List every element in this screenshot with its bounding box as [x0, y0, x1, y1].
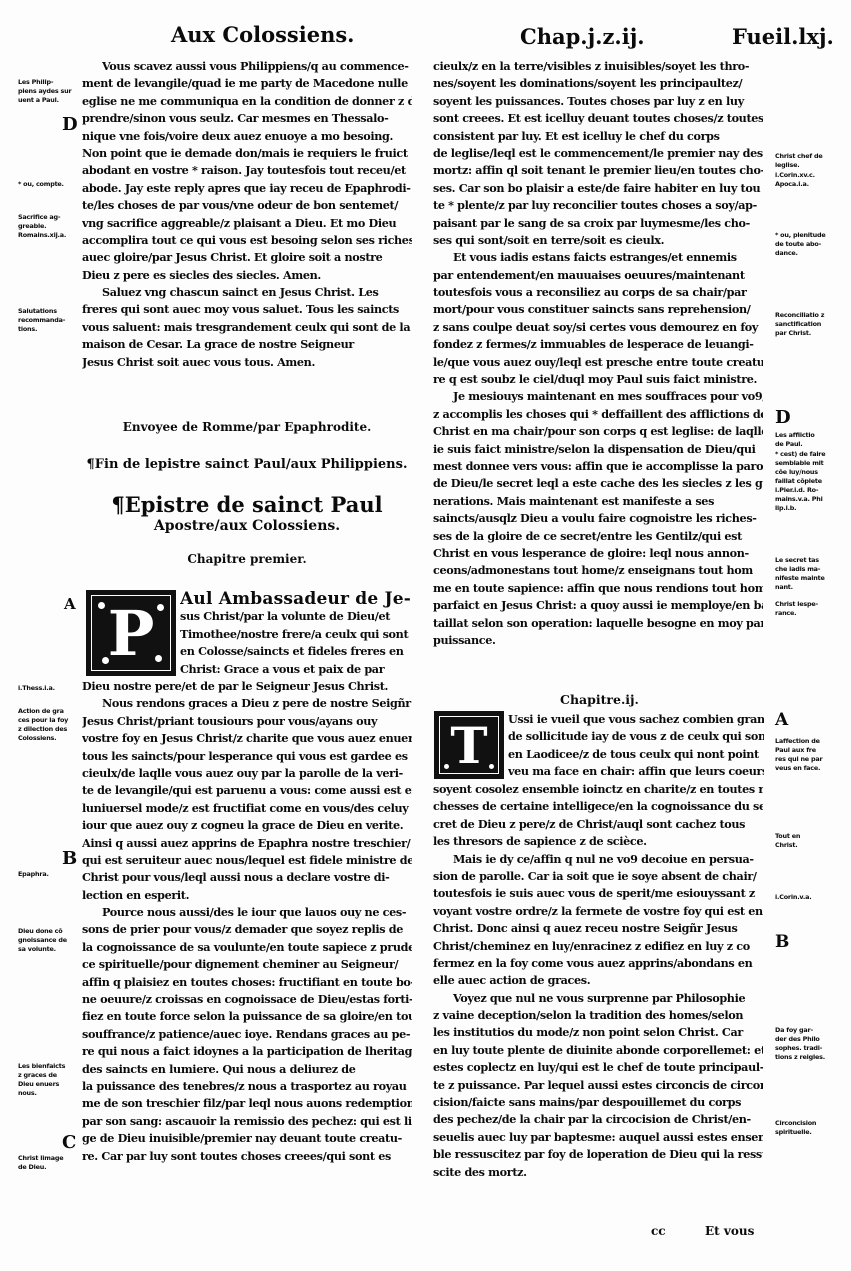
text-line: soyent les puissances. Toutes choses par… [433, 93, 763, 110]
epistle-subtitle: Apostre/aux Colossiens. [82, 518, 412, 534]
margin-note: i.Thess.i.a. [18, 684, 55, 693]
text-line: Et vous iadis estans faicts estranges/et… [433, 249, 763, 266]
margin-note: Sacrifice ag-greable.Romains.xij.a. [18, 213, 66, 240]
text-line: vous saluent: mais tresgrandement ceulx … [82, 319, 412, 336]
margin-note: * cest) de fairesemblable mitcōe luy/nou… [775, 450, 825, 513]
text-line: z accomplis les choses qui * deffaillent… [433, 406, 763, 423]
book-page: Aux Colossiens. Chap.j.z.ij. Fueil.lxj. … [0, 0, 851, 1271]
text-line: les institutios du mode/z non point selo… [433, 1024, 763, 1041]
text-line: Voyez que nul ne vous surprenne par Phil… [433, 990, 763, 1007]
text-line: souffrance/z patience/auec ioye. Rendans… [82, 1026, 412, 1043]
section-letter-c: C [62, 1135, 76, 1151]
text-line: te z puissance. Par lequel aussi estes c… [433, 1077, 763, 1094]
text-line: auec gloire/par Jesus Christ. Et gloire … [82, 249, 412, 266]
margin-note: * ou, compte. [18, 180, 64, 189]
text-line: re. Car par luy sont toutes choses creee… [82, 1148, 412, 1165]
text-line: vostre foy en Jesus Christ/z charite que… [82, 730, 412, 747]
text-line: Nous rendons graces a Dieu z pere de nos… [82, 695, 412, 712]
epistle-title: ¶Epistre de sainct Paul [82, 492, 412, 517]
text-line: saincts/ausqlz Dieu a voulu faire cognoi… [433, 510, 763, 527]
dropcap-letter: T [450, 716, 487, 775]
text-line: de Dieu/le secret leql a este cache des … [433, 475, 763, 492]
margin-note: i.Corin.v.a. [775, 893, 811, 902]
text-line: nique vne fois/voire deux auez enuoye a … [82, 128, 412, 145]
margin-note: Epaphra. [18, 870, 49, 879]
text-line: mest donnee vers vous: affin que ie acco… [433, 458, 763, 475]
chapter-heading: Chapitre premier. [82, 552, 412, 566]
text-line: Pource nous aussi/des le iour que lauos … [82, 904, 412, 921]
text-line: tous les saincts/pour lesperance qui vou… [82, 748, 412, 765]
text-line: fondez z fermes/z immuables de lesperace… [433, 336, 763, 353]
running-head-chapter: Chap.j.z.ij. [520, 24, 645, 49]
text-line: scite des mortz. [433, 1164, 763, 1181]
dropcap-letter: P [108, 597, 155, 670]
text-line: consistent par luy. Et est icelluy le ch… [433, 128, 763, 145]
text-line: Aul Ambassadeur de Je- [180, 591, 412, 608]
text-line: parfaict en Jesus Christ: a quoy aussi i… [433, 597, 763, 614]
text-line: cieulx/de laqlle vous auez ouy par la pa… [82, 765, 412, 782]
text-line: Dieu nostre pere/et de par le Seigneur J… [82, 678, 412, 695]
text-line: toutesfois vous a reconsiliez au corps d… [433, 284, 763, 301]
section-letter-a: A [64, 596, 76, 612]
chapter-two-heading: Chapitre.ij. [560, 692, 639, 707]
margin-note: Christ limagede Dieu. [18, 1154, 63, 1172]
margin-note: Reconciliatio zsanctificationpar Christ. [775, 311, 824, 338]
text-line: les thresors de sapience z de scièce. [433, 833, 763, 850]
text-line: maison de Cesar. La grace de nostre Seig… [82, 336, 412, 353]
text-line: de leglise/leql est le commencement/le p… [433, 145, 763, 162]
text-line: le/que vous auez ouy/leql est presche en… [433, 354, 763, 371]
text-line: paisant par le sang de sa croix par luym… [433, 215, 763, 232]
margin-note: i.Corin.xv.c.Apoca.i.a. [775, 171, 815, 189]
text-line: cision/faicte sans mains/par despouillem… [433, 1094, 763, 1111]
text-line: Timothee/nostre frere/a ceulx qui sont [180, 626, 412, 643]
text-line: Vous scavez aussi vous Philippiens/q au … [82, 58, 412, 75]
text-line: Christ en ma chair/pour son corps q est … [433, 423, 763, 440]
text-line: iour que auez ouy z cogneu la grace de D… [82, 817, 412, 834]
text-line: seuelis auec luy par baptesme: auquel au… [433, 1129, 763, 1146]
text-line: nes/soyent les dominations/soyent les pr… [433, 75, 763, 92]
text-line: sion de parolle. Car ia soit que ie soye… [433, 868, 763, 885]
text-line: Christ pour vous/leql aussi nous a decla… [82, 869, 412, 886]
text-line: te * plente/z par luy reconcilier toutes… [433, 197, 763, 214]
text-line: ment de levangile/quad ie me party de Ma… [82, 75, 412, 92]
text-line: elle auec action de graces. [433, 972, 763, 989]
text-line: soyent cosolez ensemble ioinctz en chari… [433, 781, 763, 798]
text-line: Dieu z pere es siecles des siecles. Amen… [82, 267, 412, 284]
text-line: Jesus Christ/priant tousiours pour vous/… [82, 713, 412, 730]
text-line: ses. Car son bo plaisir a este/de faire … [433, 180, 763, 197]
text-line: Ussi ie vueil que vous sachez combien gr… [508, 711, 764, 728]
text-line: la cognoissance de sa voulunte/en toute … [82, 939, 412, 956]
left-text-column: Vous scavez aussi vous Philippiens/q au … [82, 58, 412, 371]
text-line: te/les choses de par vous/vne odeur de b… [82, 197, 412, 214]
text-line: Mais ie dy ce/affin q nul ne vo9 decoiue… [433, 851, 763, 868]
text-line: en luy toute plente de diuinite abonde c… [433, 1042, 763, 1059]
text-line: toutesfois ie suis auec vous de sperit/m… [433, 885, 763, 902]
text-line: freres qui sont auec moy vous saluet. To… [82, 301, 412, 318]
text-line: en Laodicee/z de tous ceulx qui nont poi… [508, 746, 764, 763]
text-line: cieulx/z en la terre/visibles z inuisibl… [433, 58, 763, 75]
dropcap-text-block: Aul Ambassadeur de Je- sus Christ/par la… [180, 591, 412, 678]
text-line: des pechez/de la chair par la circocisio… [433, 1111, 763, 1128]
text-line: me de son treschier filz/par leql nous a… [82, 1095, 412, 1112]
text-line: z vaine deception/selon la tradition des… [433, 1007, 763, 1024]
text-line: ble ressuscitez par foy de loperation de… [433, 1146, 763, 1163]
section-letter-b: B [62, 851, 77, 867]
text-line: estes coplectz en luy/qui est le chef de… [433, 1059, 763, 1076]
text-line: ses de la gloire de ce secret/entre les … [433, 528, 763, 545]
text-line: Ainsi q aussi auez apprins de Epaphra no… [82, 835, 412, 852]
epistle-end-line: ¶Fin de lepistre sainct Paul/aux Philipp… [82, 457, 412, 472]
text-line: fiez en toute force selon la puissance d… [82, 1008, 412, 1025]
right-text-column-lower: soyent cosolez ensemble ioinctz en chari… [433, 781, 763, 1181]
text-line: z sans coulpe deuat soy/si certes vous d… [433, 319, 763, 336]
text-line: re q est soubz le ciel/duql moy Paul sui… [433, 371, 763, 388]
text-line: ge de Dieu inuisible/premier nay deuant … [82, 1130, 412, 1147]
text-line: puissance. [433, 632, 763, 649]
text-line: ses qui sont/soit en terre/soit es cieul… [433, 232, 763, 249]
folio-number: Fueil.lxj. [732, 24, 834, 49]
text-line: Christ/cheminez en luy/enracinez z edifi… [433, 938, 763, 955]
margin-note: Da foy gar-der des Philosophes. tradi-ti… [775, 1026, 825, 1062]
text-line: me en toute sapience: affin que nous ren… [433, 580, 763, 597]
text-line: lection en esperit. [82, 887, 412, 904]
illuminated-initial-t: T [434, 711, 504, 779]
catchword: Et vous [705, 1224, 754, 1238]
text-line: Je mesiouys maintenant en mes souffraces… [433, 388, 763, 405]
text-line: Saluez vng chascun sainct en Jesus Chris… [82, 284, 412, 301]
text-line: mort/pour vous constituer saincts sans r… [433, 301, 763, 318]
illuminated-initial-p: P [86, 590, 176, 676]
text-line: par entendement/en mauuaises oeuures/mai… [433, 267, 763, 284]
margin-note: Action de graces pour la foyz dilection … [18, 707, 68, 743]
text-line: affin q plaisiez en toutes choses: fruct… [82, 974, 412, 991]
text-line: sus Christ/par la volunte de Dieu/et [180, 608, 412, 625]
dropcap-text-block-right: Ussi ie vueil que vous sachez combien gr… [508, 711, 764, 781]
running-head-left: Aux Colossiens. [171, 22, 354, 47]
text-line: Christ. Donc ainsi q auez receu nostre S… [433, 920, 763, 937]
right-text-column: cieulx/z en la terre/visibles z inuisibl… [433, 58, 763, 649]
text-line: par son sang: ascauoir la remissio des p… [82, 1113, 412, 1130]
section-letter-a: A [775, 712, 788, 728]
text-line: vng sacrifice aggreable/z plaisant a Die… [82, 215, 412, 232]
text-line: abodant en vostre * raison. Jay toutesfo… [82, 162, 412, 179]
text-line: re qui nous a faict idoynes a la partici… [82, 1043, 412, 1060]
sent-from-line: Envoyee de Romme/par Epaphrodite. [82, 420, 412, 434]
margin-note: Christ lespe-rance. [775, 600, 818, 618]
text-line: Jesus Christ soit auec vous tous. Amen. [82, 354, 412, 371]
section-letter-d: D [62, 117, 78, 133]
margin-note: Le secret tasche iadis ma-nifeste mainte… [775, 556, 825, 592]
text-line: ceons/admonestans tout home/z enseignans… [433, 562, 763, 579]
text-line: accomplira tout ce qui vous est besoing … [82, 232, 412, 249]
signature-mark: cc [651, 1224, 666, 1238]
text-line: sons de prier pour vous/z demader que so… [82, 921, 412, 938]
section-letter-b: B [775, 934, 789, 950]
margin-note: Circoncisionspirituelle. [775, 1119, 816, 1137]
text-line: nerations. Mais maintenant est manifeste… [433, 493, 763, 510]
text-line: des saincts en lumiere. Qui nous a deliu… [82, 1061, 412, 1078]
margin-note: Christ chef deleglise. [775, 152, 822, 170]
section-letter-d: D [775, 410, 791, 426]
text-line: Non point que ie demade don/mais ie requ… [82, 145, 412, 162]
text-line: en Colosse/saincts et fideles freres en [180, 643, 412, 660]
text-line: Christ en vous lesperance de gloire: leq… [433, 545, 763, 562]
text-line: luniuersel mode/z est fructifiat come en… [82, 800, 412, 817]
text-line: qui est seruiteur auec nous/lequel est f… [82, 852, 412, 869]
margin-note: Salutationsrecommanda-tions. [18, 307, 65, 334]
text-line: te de levangile/qui est paruenu a vous: … [82, 782, 412, 799]
margin-note: Laffection dePaul aux freres qui ne parv… [775, 737, 822, 773]
margin-note: Dieu done cōgnoissance desa volunte. [18, 927, 67, 954]
left-text-column-lower: Dieu nostre pere/et de par le Seigneur J… [82, 678, 412, 1165]
text-line: eglise ne me communiqua en la condition … [82, 93, 412, 110]
text-line: ce spirituelle/pour dignement cheminer a… [82, 956, 412, 973]
text-line: prendre/sinon vous seulz. Car mesmes en … [82, 110, 412, 127]
margin-note: Les Philip-piens aydes suruent a Paul. [18, 78, 71, 105]
text-line: ie suis faict ministre/selon la dispensa… [433, 441, 763, 458]
text-line: de sollicitude iay de vous z de ceulx qu… [508, 728, 764, 745]
text-line: taillat selon son operation: laquelle be… [433, 615, 763, 632]
text-line: abode. Jay este reply apres que iay rece… [82, 180, 412, 197]
text-line: chesses de certaine intelligece/en la co… [433, 798, 763, 815]
text-line: veu ma face en chair: affin que leurs co… [508, 763, 764, 780]
margin-note: * ou, plenitudede toute abo-dance. [775, 231, 826, 258]
text-line: fermez en la foy come vous auez apprins/… [433, 955, 763, 972]
text-line: la puissance des tenebres/z nous a trasp… [82, 1078, 412, 1095]
margin-note: Les bienfaictsz graces deDieu enuersnous… [18, 1062, 65, 1098]
margin-note: Les afflictiode Paul. [775, 431, 815, 449]
text-line: ne oeuure/z croissas en cognoissace de D… [82, 991, 412, 1008]
text-line: sont creees. Et est icelluy deuant toute… [433, 110, 763, 127]
margin-note: Tout enChrist. [775, 832, 800, 850]
text-line: mortz: affin ql soit tenant le premier l… [433, 162, 763, 179]
text-line: cret de Dieu z pere/z de Christ/auql son… [433, 816, 763, 833]
text-line: voyant vostre ordre/z la fermete de vost… [433, 903, 763, 920]
text-line: Christ: Grace a vous et paix de par [180, 661, 412, 678]
